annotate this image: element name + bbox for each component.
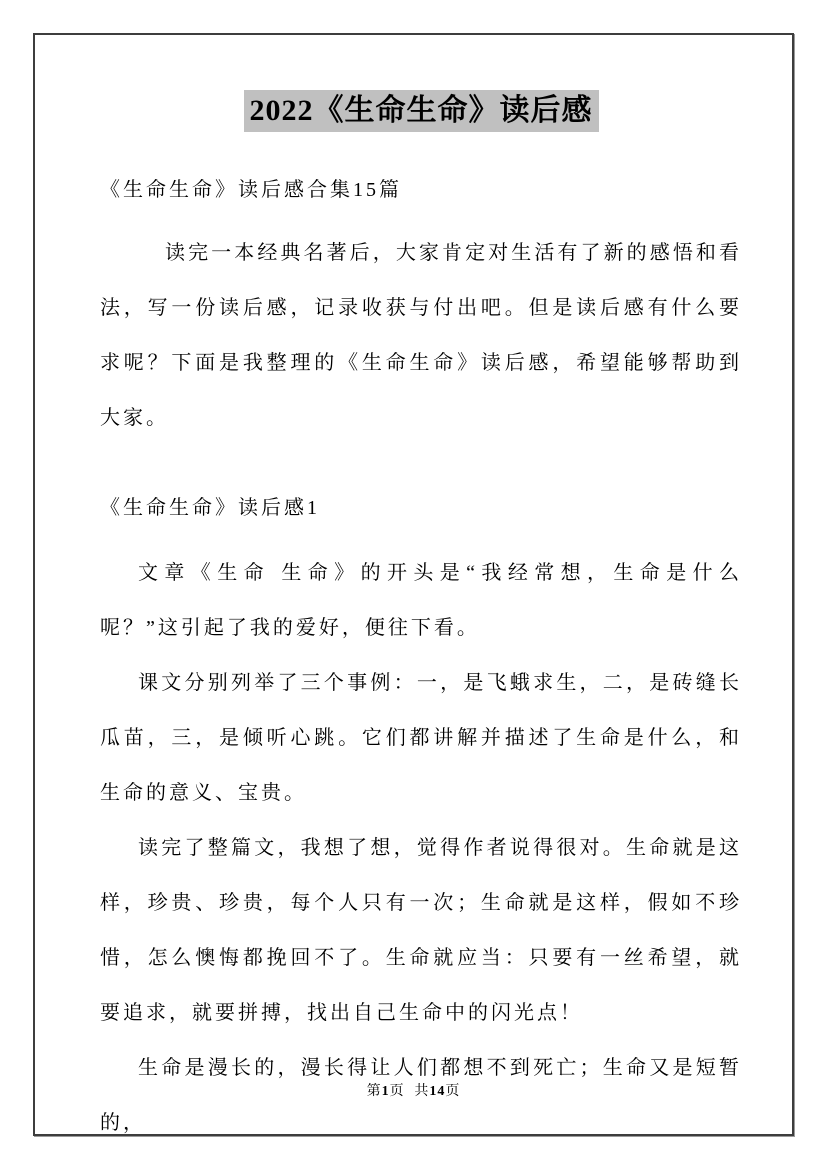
body-paragraph-3: 读完了整篇文，我想了想，觉得作者说得很对。生命就是这样，珍贵、珍贵，每个人只有一… xyxy=(100,821,742,1041)
footer-page-prefix: 第 xyxy=(367,1084,382,1099)
document-content: 2022《生命生命》读后感 《生命生命》读后感合集15篇 读完一本经典名著后，大… xyxy=(35,35,792,1134)
document-subtitle: 《生命生命》读后感合集15篇 xyxy=(100,163,742,218)
footer-total-word: 页 xyxy=(445,1084,460,1099)
footer-total-prefix: 共 xyxy=(414,1084,429,1099)
title-highlight: 2022《生命生命》读后感 xyxy=(244,90,599,132)
page-footer: 第1页共14页 xyxy=(35,1080,792,1100)
section-heading: 《生命生命》读后感1 xyxy=(100,481,742,536)
document-canvas: 2022《生命生命》读后感 《生命生命》读后感合集15篇 读完一本经典名著后，大… xyxy=(0,0,827,1170)
footer-current-page: 1 xyxy=(382,1084,390,1099)
body-paragraph-1: 文章《生命 生命》的开头是“我经常想，生命是什么呢？”这引起了我的爱好，便往下看… xyxy=(100,546,742,656)
intro-paragraph: 读完一本经典名著后，大家肯定对生活有了新的感悟和看法，写一份读后感，记录收获与付… xyxy=(100,226,742,446)
footer-total-pages: 14 xyxy=(429,1084,445,1099)
document-title: 2022《生命生命》读后感 xyxy=(100,87,742,135)
document-page: 2022《生命生命》读后感 《生命生命》读后感合集15篇 读完一本经典名著后，大… xyxy=(33,33,794,1136)
body-paragraph-2: 课文分别列举了三个事例：一，是飞蛾求生，二，是砖缝长瓜苗，三，是倾听心跳。它们都… xyxy=(100,656,742,821)
footer-page-word: 页 xyxy=(390,1084,405,1099)
